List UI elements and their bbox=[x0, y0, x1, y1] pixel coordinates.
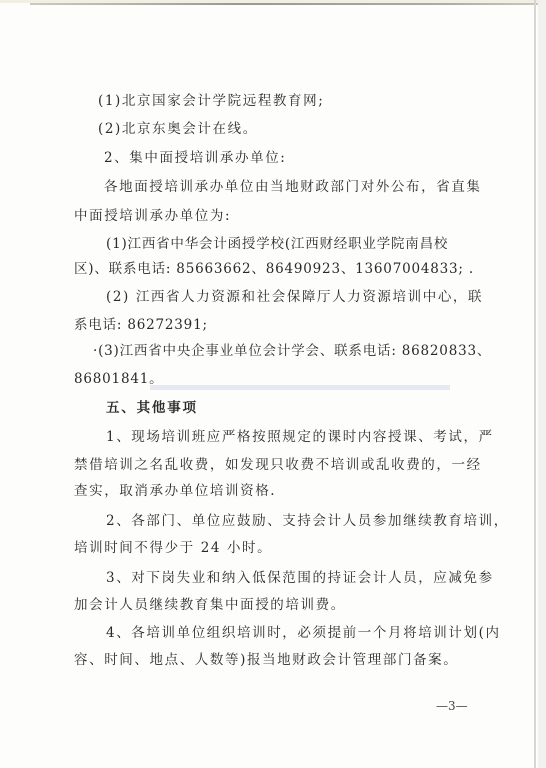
list-item-online-2: (2)北京东奥会计在线。 bbox=[98, 120, 258, 138]
list-item-unit-1: (1)江西省中华会计函授学校(江西财经职业学院南昌校 bbox=[106, 235, 448, 253]
document-page: (1)北京国家会计学院远程教育网; (2)北京东奥会计在线。 2、集中面授培训承… bbox=[0, 0, 546, 768]
paragraph-line: 禁借培训之名乱收费，如发现只收费不培训或乱收费的，一经 bbox=[74, 456, 482, 474]
scan-right-edge bbox=[534, 0, 536, 768]
list-item-unit-3-phone: 86801841。 bbox=[74, 370, 163, 388]
section-heading-face-to-face: 2、集中面授培训承办单位: bbox=[104, 149, 286, 167]
section-heading-other-matters: 五、其他事项 bbox=[106, 399, 198, 417]
scan-top-edge bbox=[30, 3, 546, 5]
paragraph-line: 中面授培训承办单位为: bbox=[74, 207, 231, 225]
paragraph-line: 查实，取消承办单位培训资格. bbox=[74, 482, 276, 500]
list-item-unit-2-phone: 系电话: 86272391; bbox=[74, 316, 208, 334]
list-item-unit-2: (2) 江西省人力资源和社会保障厅人力资源培训中心，联 bbox=[106, 288, 483, 306]
paragraph-line: 加会计人员继续教育集中面授的培训费。 bbox=[74, 596, 346, 614]
paragraph-line: 容、时间、地点、人数等)报当地财政会计管理部门备案。 bbox=[74, 651, 458, 669]
list-item-unit-1-phone: 区)、联系电话: 85663662、86490923、13607004833; … bbox=[74, 260, 474, 278]
paragraph-line: 培训时间不得少于 24 小时。 bbox=[74, 539, 272, 557]
paragraph-line: 4、各培训单位组织培训时，必须提前一个月将培训计划(内 bbox=[106, 624, 501, 642]
paragraph-line: 2、各部门、单位应鼓励、支持会计人员参加继续教育培训， bbox=[106, 512, 509, 530]
list-item-unit-3: ·(3)江西省中央企事业单位会计学会、联系电话: 86820833、 bbox=[93, 342, 491, 360]
scan-streak bbox=[150, 385, 450, 390]
paragraph-line: 1、现场培训班应严格按照规定的课时内容授课、考试，严 bbox=[106, 428, 494, 446]
paragraph-line: 3、对下岗失业和纳入低保范围的持证会计人员，应减免参 bbox=[106, 569, 494, 587]
paragraph-line: 各地面授培训承办单位由当地财政部门对外公布，省直集 bbox=[104, 178, 482, 196]
list-item-online-1: (1)北京国家会计学院远程教育网; bbox=[98, 92, 324, 110]
scan-right-margin bbox=[538, 0, 546, 768]
page-number: —3— bbox=[436, 699, 468, 713]
